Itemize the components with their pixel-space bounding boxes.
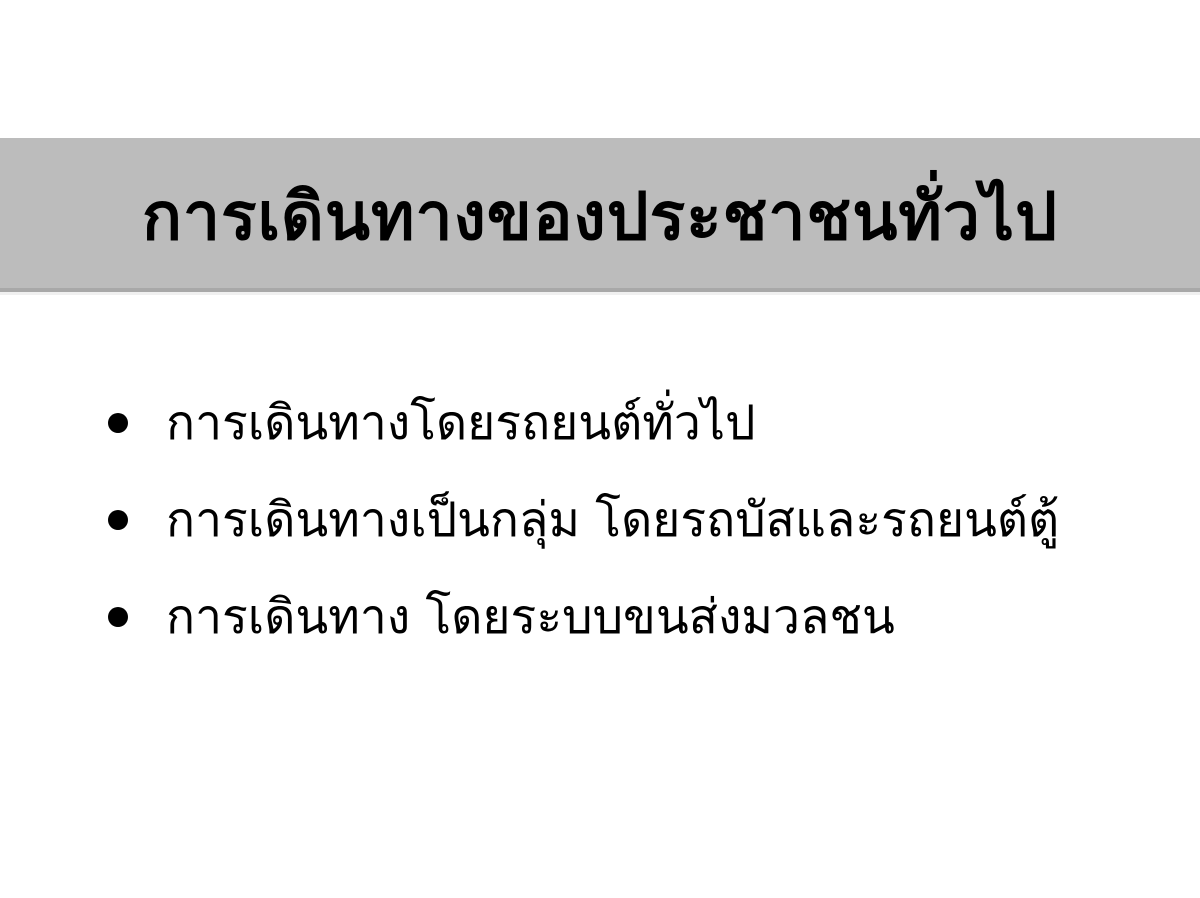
list-item: การเดินทาง โดยระบบขนส่งมวลชน — [108, 586, 1170, 648]
bullet-text: การเดินทางโดยรถยนต์ทั่วไป — [166, 395, 755, 451]
bullet-icon — [108, 413, 128, 433]
list-item: การเดินทางเป็นกลุ่ม โดยรถบัสและรถยนต์ตู้ — [108, 489, 1170, 551]
bullet-text: การเดินทาง โดยระบบขนส่งมวลชน — [166, 589, 895, 645]
bullet-list: การเดินทางโดยรถยนต์ทั่วไป การเดินทางเป็น… — [108, 392, 1170, 683]
list-item: การเดินทางโดยรถยนต์ทั่วไป — [108, 392, 1170, 454]
bullet-icon — [108, 510, 128, 530]
slide-title: การเดินทางของประชาชนทั่วไป — [142, 177, 1058, 249]
bullet-icon — [108, 607, 128, 627]
presentation-slide: การเดินทางของประชาชนทั่วไป การเดินทางโดย… — [0, 0, 1200, 898]
title-band: การเดินทางของประชาชนทั่วไป — [0, 138, 1200, 292]
bullet-text: การเดินทางเป็นกลุ่ม โดยรถบัสและรถยนต์ตู้ — [166, 492, 1059, 548]
